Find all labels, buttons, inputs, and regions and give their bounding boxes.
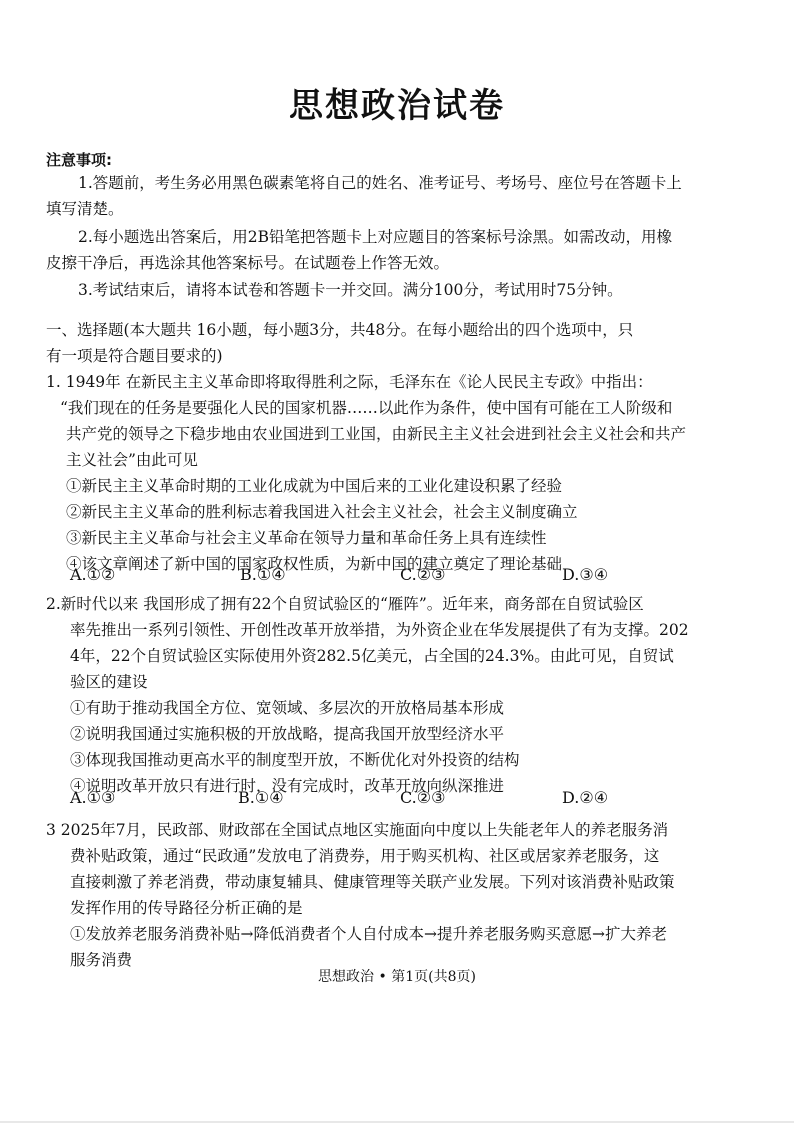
notice-item-1: 1.答题前，考生务必用黑色碳素笔将自己的姓名、准考证号、考场号、座位号在答题卡上	[78, 172, 682, 194]
question-stem-line: 发挥作用的传导路径分析正确的是	[70, 897, 303, 919]
statement: ①发放养老服务消费补贴→降低消费者个人自付成本→提升养老服务购买意愿→扩大养老	[70, 923, 667, 945]
answer-options: A.①② B.①④ C.②③ D.③④	[70, 565, 770, 589]
statement: ③新民主主义革命与社会主义革命在领导力量和革命任务上具有连续性	[66, 527, 547, 549]
question-stem-line: 共产党的领导之下稳步地由农业国进到工业国，由新民主主义社会进到社会主义社会和共产	[66, 423, 686, 445]
option-b[interactable]: B.①④	[240, 565, 286, 584]
statement: ③体现我国推动更高水平的制度型开放，不断优化对外投资的结构	[70, 749, 520, 771]
option-b[interactable]: B.①④	[238, 788, 284, 807]
option-d[interactable]: D.③④	[562, 565, 608, 584]
question-stem-line: 验区的建设	[70, 671, 148, 693]
option-c[interactable]: C.②③	[400, 788, 445, 807]
question-stem-line: 主义社会”由此可见	[66, 449, 198, 471]
notice-item-2: 2.每小题选出答案后，用2B铅笔把答题卡上对应题目的答案标号涂黑。如需改动，用橡	[78, 226, 672, 248]
notice-heading: 注意事项:	[46, 149, 112, 170]
section-heading-cont: 有一项是符合题目要求的)	[46, 345, 223, 367]
statement: ②新民主主义革命的胜利标志着我国进入社会主义社会，社会主义制度确立	[66, 501, 578, 523]
question-stem-line: “我们现在的任务是要强化人民的国家机器……以此作为条件，使中国有可能在工人阶级和	[60, 397, 672, 419]
question-stem-line: 1. 1949年 在新民主主义革命即将取得胜利之际，毛泽东在《论人民民主专政》中…	[46, 371, 653, 393]
exam-page: 思想政治试卷 注意事项: 1.答题前，考生务必用黑色碳素笔将自己的姓名、准考证号…	[0, 0, 794, 1123]
statement: ②说明我国通过实施积极的开放战略，提高我国开放型经济水平	[70, 723, 504, 745]
notice-item-1-cont: 填写清楚。	[46, 198, 124, 220]
question-stem-line: 2.新时代以来 我国形成了拥有22个自贸试验区的“雁阵”。近年来，商务部在自贸试…	[46, 593, 644, 615]
statement: ①新民主主义革命时期的工业化成就为中国后来的工业化建设积累了经验	[66, 475, 562, 497]
exam-title: 思想政治试卷	[0, 78, 794, 127]
section-heading: 一、选择题(本大题共 16小题，每小题3分，共48分。在每小题给出的四个选项中，…	[46, 319, 633, 341]
option-a[interactable]: A.①③	[70, 788, 115, 807]
page-footer: 思想政治 • 第1页(共8页)	[0, 966, 794, 986]
notice-item-2-cont: 皮擦干净后，再选涂其他答案标号。在试题卷上作答无效。	[46, 252, 449, 274]
answer-options: A.①③ B.①④ C.②③ D.②④	[70, 788, 770, 812]
option-c[interactable]: C.②③	[400, 565, 445, 584]
question-stem-line: 3 2025年7月，民政部、财政部在全国试点地区实施面向中度以上失能老年人的养老…	[46, 819, 668, 841]
option-d[interactable]: D.②④	[562, 788, 608, 807]
question-stem-line: 4年，22个自贸试验区实际使用外资282.5亿美元，占全国的24.3%。由此可见…	[70, 645, 674, 667]
question-stem-line: 费补贴政策，通过“民政通”发放电了消费券，用于购买机构、社区或居家养老服务，这	[70, 845, 659, 867]
question-stem-line: 直接刺激了养老消费，带动康复辅具、健康管理等关联产业发展。下列对该消费补贴政策	[70, 871, 675, 893]
notice-item-3: 3.考试结束后，请将本试卷和答题卡一并交回。满分100分，考试用时75分钟。	[78, 279, 623, 301]
statement: ①有助于推动我国全方位、宽领域、多层次的开放格局基本形成	[70, 697, 504, 719]
option-a[interactable]: A.①②	[70, 565, 115, 584]
question-stem-line: 率先推出一系列引领性、开创性改革开放举措，为外资企业在华发展提供了有为支撑。20…	[70, 619, 689, 641]
